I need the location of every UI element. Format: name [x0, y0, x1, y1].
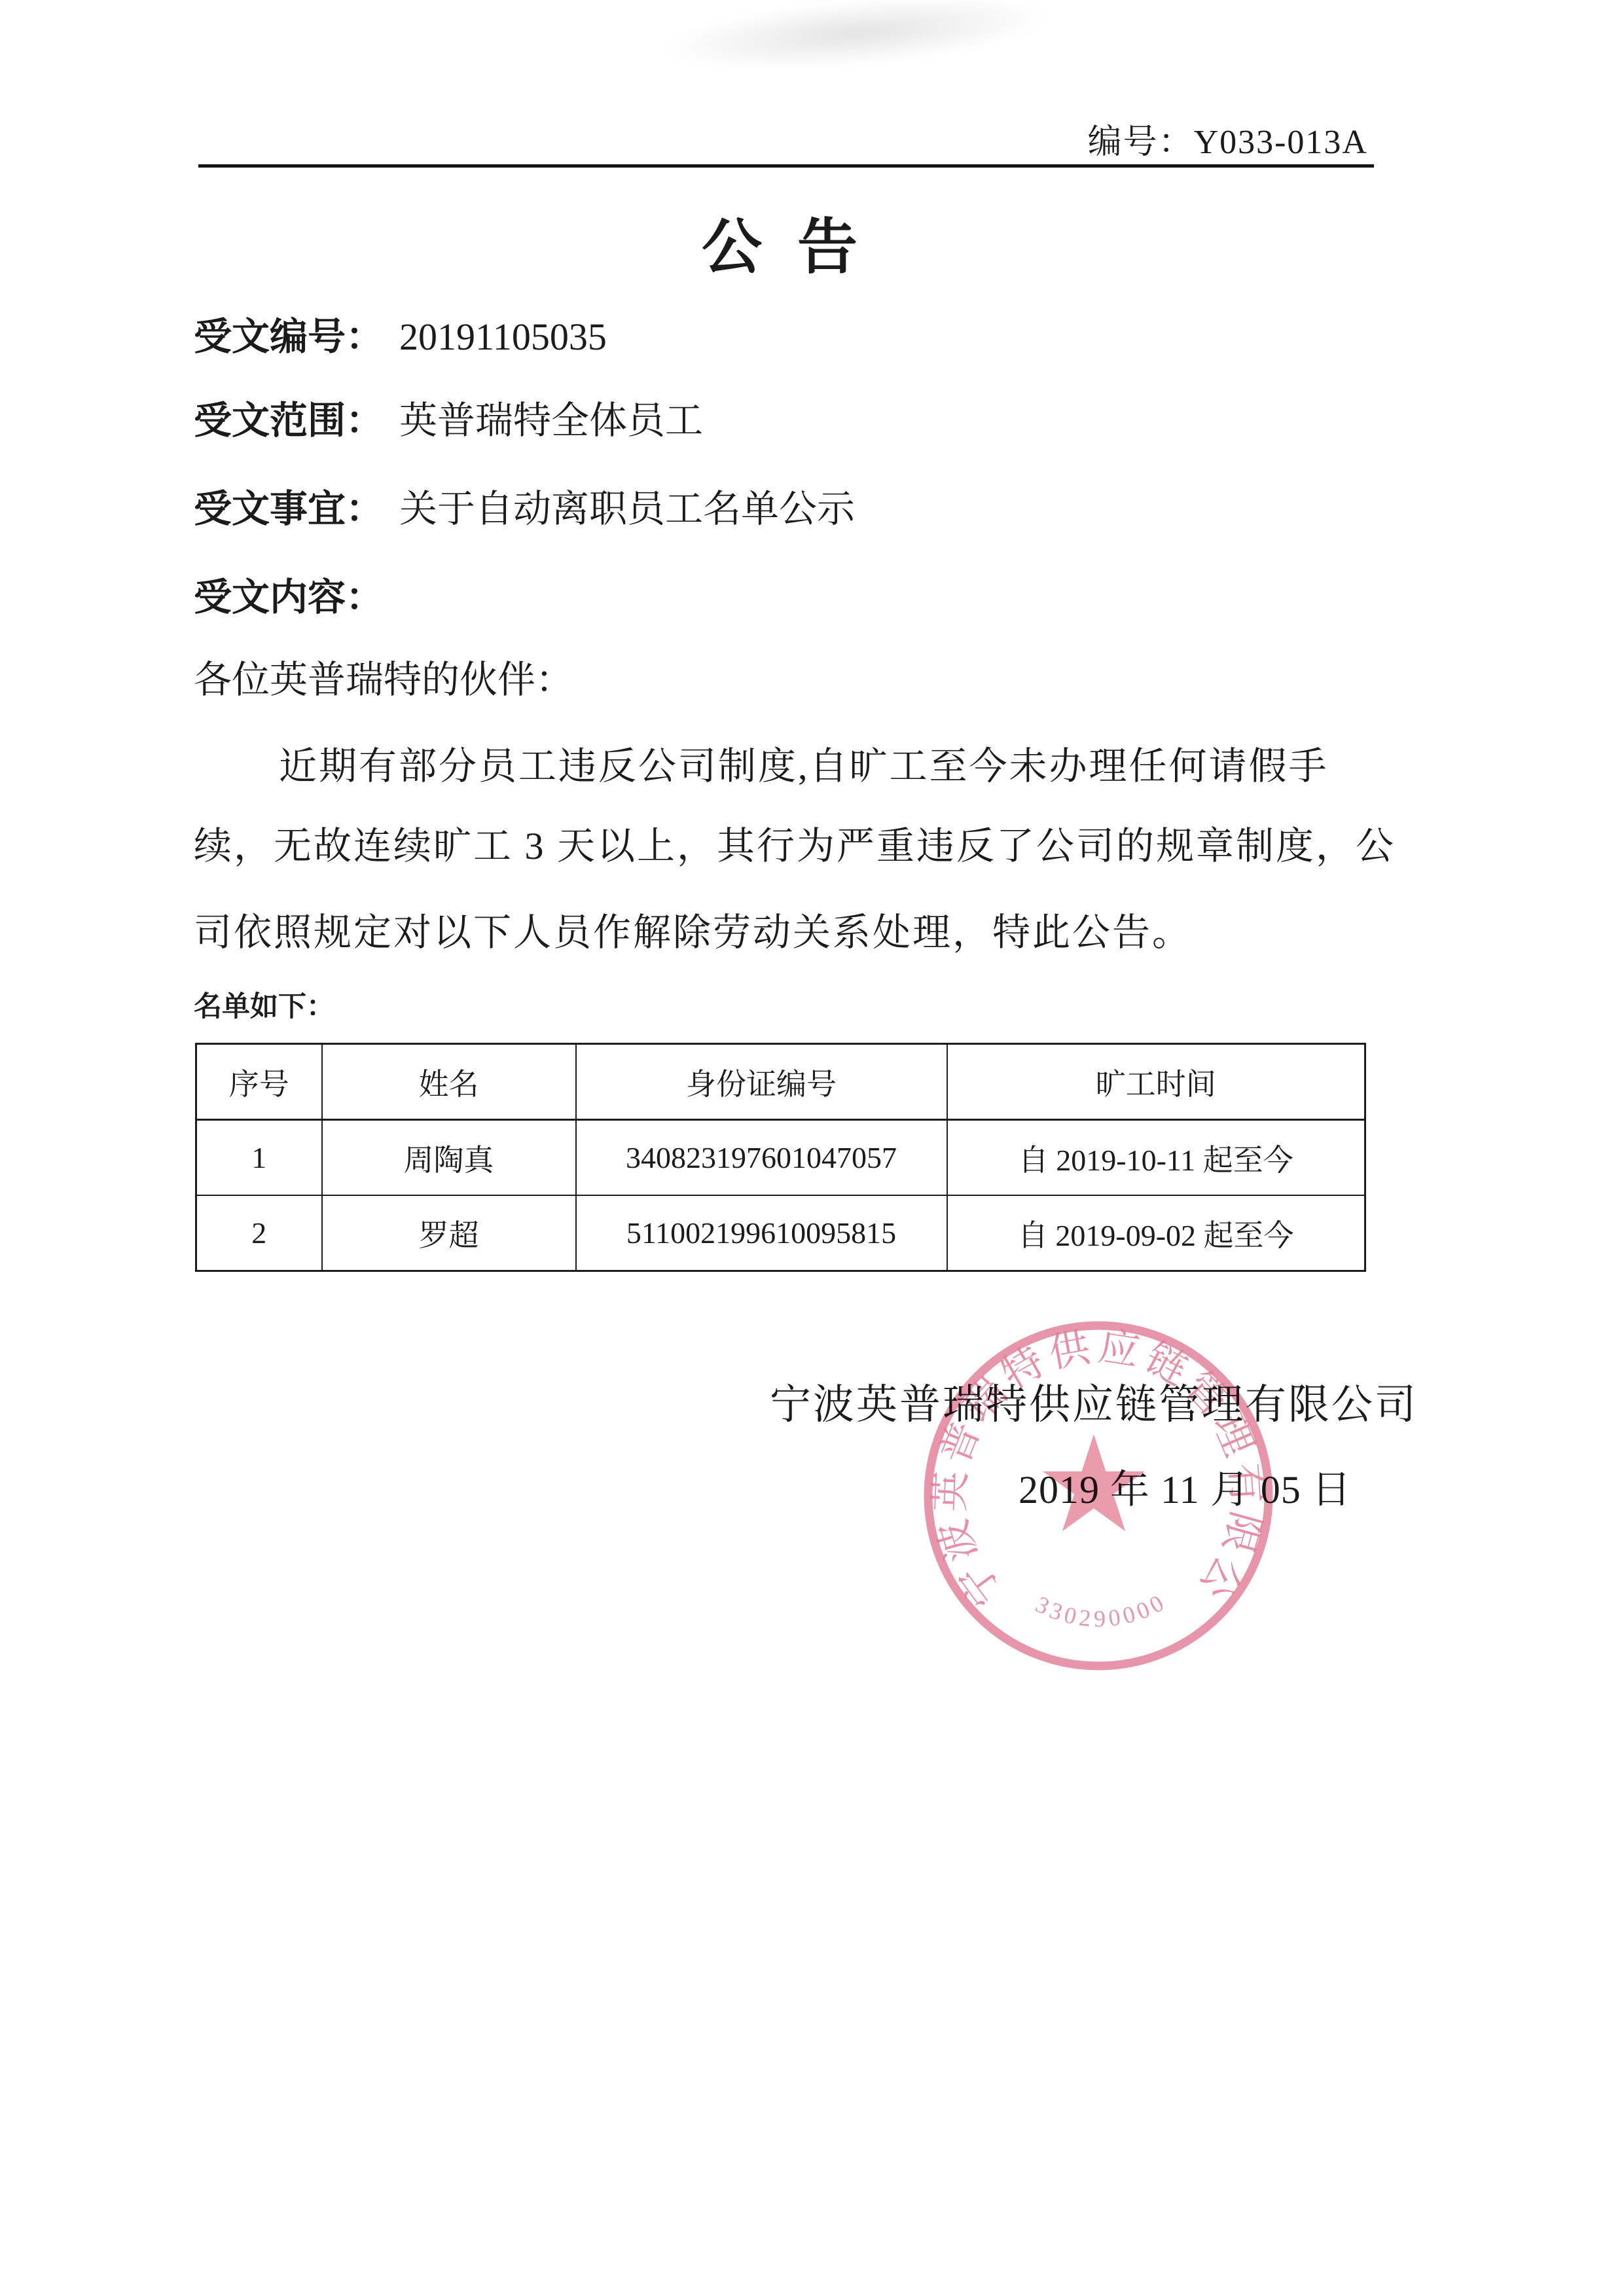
page-title: 公 告 [194, 213, 1368, 283]
field-value: 关于自动离职员工名单公示 [399, 488, 855, 530]
field-scope: 受文范围：英普瑞特全体员工 [194, 399, 703, 443]
cell-id-number: 340823197601047057 [576, 1120, 947, 1196]
field-label: 受文内容： [194, 576, 384, 619]
dismissal-table: 序号 姓名 身份证编号 旷工时间 1 周陶真 34082319760104705… [195, 1043, 1366, 1272]
table-header-row: 序号 姓名 身份证编号 旷工时间 [196, 1044, 1365, 1120]
col-header-name: 姓名 [322, 1044, 576, 1120]
company-seal-stamp: 宁波英普瑞特供应链管理有限公司 3302900008708 [902, 1299, 1295, 1692]
field-subject: 受文事宜：关于自动离职员工名单公示 [194, 488, 855, 532]
field-value: 20191105035 [399, 316, 607, 358]
cell-absence-period: 自 2019-09-02 起至今 [947, 1195, 1365, 1271]
list-intro: 名单如下： [194, 991, 334, 1023]
field-value: 英普瑞特全体员工 [399, 399, 703, 442]
table-row: 2 罗超 511002199610095815 自 2019-09-02 起至今 [196, 1195, 1365, 1271]
field-label: 受文范围： [194, 399, 384, 442]
cell-absence-period: 自 2019-10-11 起至今 [947, 1120, 1365, 1196]
header-rule [198, 164, 1374, 168]
announcement-document: 编号：Y033-013A 公 告 受文编号：20191105035 受文范围：英… [0, 0, 1624, 2295]
col-header-absence-period: 旷工时间 [947, 1044, 1365, 1120]
col-header-id-number: 身份证编号 [576, 1044, 947, 1120]
body-line-1: 近期有部分员工违反公司制度,自旷工至今未办理任何请假手 [194, 745, 1454, 789]
seal-star-icon [1043, 1434, 1145, 1531]
cell-index: 1 [196, 1120, 322, 1196]
field-content: 受文内容： [194, 576, 399, 620]
field-label: 受文编号： [194, 316, 384, 358]
doc-number: 编号：Y033-013A [194, 123, 1368, 162]
field-label: 受文事宜： [194, 488, 384, 530]
salutation: 各位英普瑞特的伙伴： [194, 659, 573, 702]
body-line-3: 司依照规定对以下人员作解除劳动关系处理，特此公告。 [194, 911, 1369, 955]
cell-id-number: 511002199610095815 [576, 1195, 947, 1271]
cell-index: 2 [196, 1195, 322, 1271]
cell-name: 周陶真 [322, 1120, 576, 1196]
cell-name: 罗超 [322, 1195, 576, 1271]
seal-graphics: 宁波英普瑞特供应链管理有限公司 3302900008708 [928, 1324, 1269, 1666]
col-header-index: 序号 [196, 1044, 322, 1120]
scan-smudge [659, 0, 1056, 82]
field-doc-id: 受文编号：20191105035 [194, 316, 607, 359]
table-row: 1 周陶真 340823197601047057 自 2019-10-11 起至… [196, 1120, 1365, 1196]
body-line-2: 续，无故连续旷工 3 天以上，其行为严重违反了公司的规章制度，公 [194, 825, 1369, 869]
